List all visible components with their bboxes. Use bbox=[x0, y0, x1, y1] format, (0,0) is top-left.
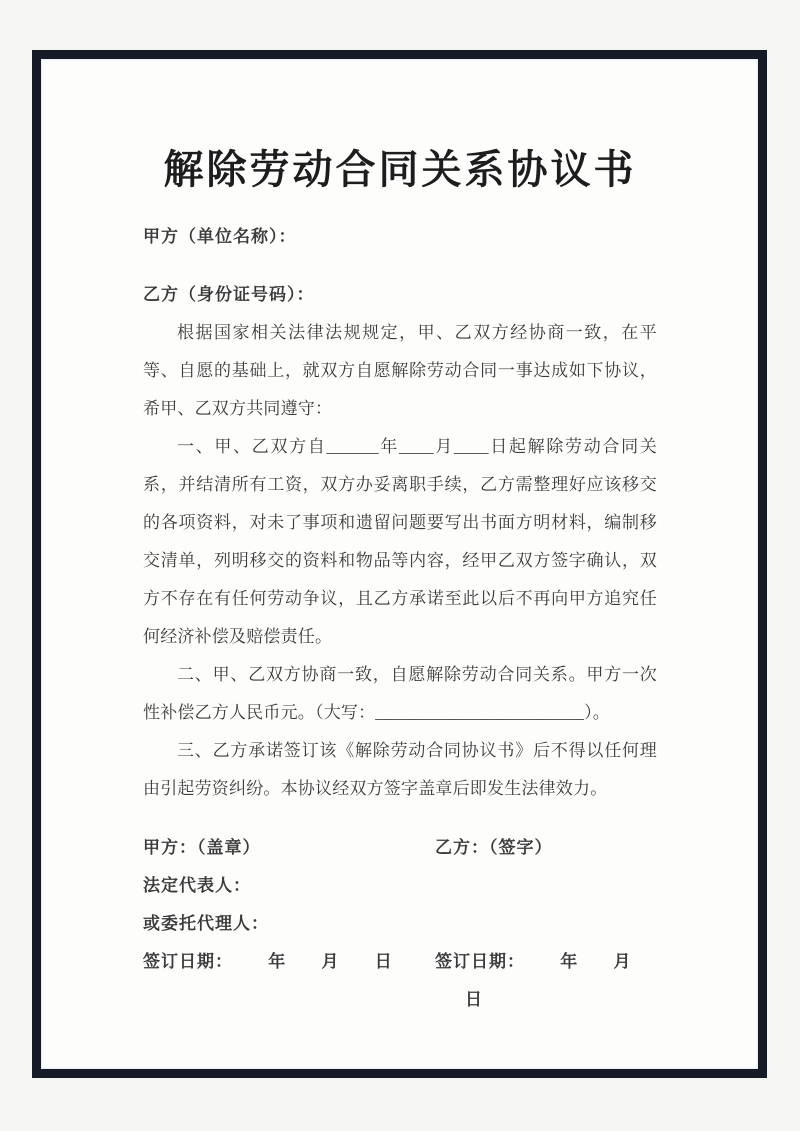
party-b-date-month: 月 bbox=[614, 943, 632, 981]
preamble-paragraph: 根据国家相关法律法规规定，甲、乙双方经协商一致，在平等、自愿的基础上，就双方自愿… bbox=[143, 314, 657, 428]
party-a-date-day: 日 bbox=[375, 943, 393, 981]
signature-row-legal-rep: 法定代表人： bbox=[143, 867, 657, 905]
party-b-date-day: 日 bbox=[465, 981, 483, 1019]
party-a-date-year: 年 bbox=[268, 943, 286, 981]
party-a-date-month: 月 bbox=[322, 943, 340, 981]
signature-row-parties: 甲方：（盖章） 乙方：（签字） bbox=[143, 829, 657, 867]
party-a-label: 甲方（单位名称）： bbox=[143, 218, 657, 256]
signature-row-dates: 签订日期： 年 月 日 签订日期： 年 月 日 bbox=[143, 943, 657, 1019]
party-b-date: 签订日期： 年 月 日 bbox=[435, 943, 657, 1019]
clause-3-paragraph: 三、乙方承诺签订该《解除劳动合同协议书》后不得以任何理由引起劳资纠纷。本协议经双… bbox=[143, 732, 657, 808]
contract-document: 解除劳动合同关系协议书 甲方（单位名称）： 乙方（身份证号码）： 根据国家相关法… bbox=[41, 59, 758, 1069]
document-title: 解除劳动合同关系协议书 bbox=[143, 148, 657, 192]
party-a-date: 签订日期： 年 月 日 bbox=[143, 943, 435, 1019]
document-frame: 解除劳动合同关系协议书 甲方（单位名称）： 乙方（身份证号码）： 根据国家相关法… bbox=[32, 50, 767, 1078]
party-b-date-year: 年 bbox=[560, 943, 578, 981]
clause-2-paragraph: 二、甲、乙双方协商一致，自愿解除劳动合同关系。甲方一次性补偿乙方人民币元。（大写… bbox=[143, 656, 657, 732]
page-background: 解除劳动合同关系协议书 甲方（单位名称）： 乙方（身份证号码）： 根据国家相关法… bbox=[0, 0, 800, 1131]
legal-representative-label: 法定代表人： bbox=[143, 867, 435, 905]
party-b-sign-label: 乙方：（签字） bbox=[435, 829, 657, 867]
entrusted-agent-blank bbox=[435, 905, 657, 943]
signature-row-agent: 或委托代理人： bbox=[143, 905, 657, 943]
signature-section: 甲方：（盖章） 乙方：（签字） 法定代表人： 或委托代理人： 签订日期： 年 月 bbox=[143, 829, 657, 1019]
clause-1-paragraph: 一、甲、乙双方自______年____月____日起解除劳动合同关系，并结清所有… bbox=[143, 428, 657, 656]
party-a-seal-label: 甲方：（盖章） bbox=[143, 829, 435, 867]
party-a-date-label: 签订日期： bbox=[143, 952, 233, 971]
party-b-label: 乙方（身份证号码）： bbox=[143, 276, 657, 314]
legal-representative-blank bbox=[435, 867, 657, 905]
party-b-date-label: 签订日期： bbox=[435, 952, 525, 971]
entrusted-agent-label: 或委托代理人： bbox=[143, 905, 435, 943]
